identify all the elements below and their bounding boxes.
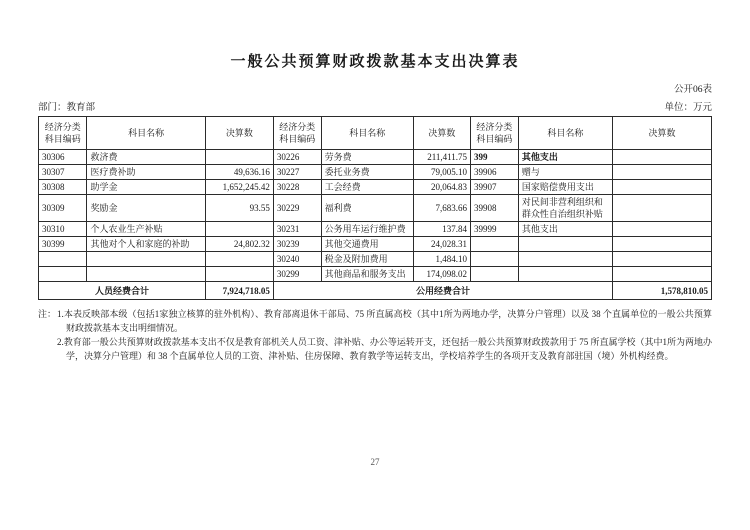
table-row: 30308助学金1,652,245.4230228工会经费20,064.8339… bbox=[39, 180, 712, 195]
table-code-label: 公开06表 bbox=[38, 81, 712, 95]
table-footer: 人员经费合计 7,924,718.05 公用经费合计 1,578,810.05 bbox=[39, 282, 712, 300]
table-row: 30240税金及附加费用1,484.10 bbox=[39, 252, 712, 267]
code-cell: 30240 bbox=[273, 252, 321, 267]
code-cell bbox=[39, 252, 87, 267]
code-cell: 30307 bbox=[39, 165, 87, 180]
code-cell: 30226 bbox=[273, 150, 321, 165]
value-cell bbox=[613, 165, 712, 180]
code-cell bbox=[471, 267, 519, 282]
header-code-1: 经济分类 科目编码 bbox=[39, 117, 87, 150]
code-cell: 30228 bbox=[273, 180, 321, 195]
value-cell: 1,484.10 bbox=[413, 252, 470, 267]
value-cell: 137.84 bbox=[413, 222, 470, 237]
name-cell: 其他支出 bbox=[518, 222, 612, 237]
value-cell: 93.55 bbox=[205, 195, 273, 222]
notes: 注： 1.本表反映部本级（包括1家独立核算的驻外机构）、教育部离退休干部局、75… bbox=[38, 307, 712, 363]
page-title: 一般公共预算财政拨款基本支出决算表 bbox=[38, 50, 712, 71]
public-total-value: 1,578,810.05 bbox=[613, 282, 712, 300]
name-cell: 助学金 bbox=[87, 180, 205, 195]
code-cell: 30239 bbox=[273, 237, 321, 252]
budget-table: 经济分类 科目编码 科目名称 决算数 经济分类 科目编码 科目名称 决算数 经济… bbox=[38, 116, 712, 300]
table-row: 30309奖励金93.5530229福利费7,683.6639908对民间非营利… bbox=[39, 195, 712, 222]
note-item-2: 2.教育部一般公共预算财政拨款基本支出不仅是教育部机关人员工资、津补贴、办公等运… bbox=[57, 335, 712, 363]
code-cell: 30227 bbox=[273, 165, 321, 180]
name-cell: 委托业务费 bbox=[321, 165, 413, 180]
value-cell bbox=[205, 267, 273, 282]
header-value-3: 决算数 bbox=[613, 117, 712, 150]
header-code-line2: 科目编码 bbox=[474, 133, 515, 145]
value-cell: 174,098.02 bbox=[413, 267, 470, 282]
value-cell bbox=[205, 222, 273, 237]
code-cell: 30299 bbox=[273, 267, 321, 282]
value-cell: 1,652,245.42 bbox=[205, 180, 273, 195]
header-code-line1: 经济分类 bbox=[42, 121, 83, 133]
name-cell bbox=[87, 267, 205, 282]
name-cell: 国家赔偿费用支出 bbox=[518, 180, 612, 195]
name-cell: 救济费 bbox=[87, 150, 205, 165]
unit-label: 单位：万元 bbox=[664, 99, 712, 113]
header-name-3: 科目名称 bbox=[518, 117, 612, 150]
personnel-total-value: 7,924,718.05 bbox=[205, 282, 273, 300]
value-cell: 24,028.31 bbox=[413, 237, 470, 252]
name-cell bbox=[518, 252, 612, 267]
header-code-line1: 经济分类 bbox=[474, 121, 515, 133]
name-cell bbox=[518, 267, 612, 282]
header-code-line1: 经济分类 bbox=[277, 121, 318, 133]
table-row: 30299其他商品和服务支出174,098.02 bbox=[39, 267, 712, 282]
code-cell: 39908 bbox=[471, 195, 519, 222]
budget-table-body: 30306救济费30226劳务费211,411.75399其他支出30307医疗… bbox=[39, 150, 712, 282]
value-cell bbox=[613, 180, 712, 195]
code-cell: 399 bbox=[471, 150, 519, 165]
note-item-1: 1.本表反映部本级（包括1家独立核算的驻外机构）、教育部离退休干部局、75 所直… bbox=[57, 307, 712, 335]
name-cell: 劳务费 bbox=[321, 150, 413, 165]
table-header: 经济分类 科目编码 科目名称 决算数 经济分类 科目编码 科目名称 决算数 经济… bbox=[39, 117, 712, 150]
name-cell: 医疗费补助 bbox=[87, 165, 205, 180]
value-cell: 7,683.66 bbox=[413, 195, 470, 222]
name-cell bbox=[518, 237, 612, 252]
name-cell: 福利费 bbox=[321, 195, 413, 222]
table-row: 30306救济费30226劳务费211,411.75399其他支出 bbox=[39, 150, 712, 165]
table-row: 30310个人农业生产补贴30231公务用车运行维护费137.8439999其他… bbox=[39, 222, 712, 237]
value-cell: 211,411.75 bbox=[413, 150, 470, 165]
name-cell: 其他商品和服务支出 bbox=[321, 267, 413, 282]
notes-items: 1.本表反映部本级（包括1家独立核算的驻外机构）、教育部离退休干部局、75 所直… bbox=[57, 307, 712, 363]
code-cell: 30310 bbox=[39, 222, 87, 237]
name-cell: 工会经费 bbox=[321, 180, 413, 195]
header-value-2: 决算数 bbox=[413, 117, 470, 150]
value-cell bbox=[613, 252, 712, 267]
header-row: 经济分类 科目编码 科目名称 决算数 经济分类 科目编码 科目名称 决算数 经济… bbox=[39, 117, 712, 150]
value-cell bbox=[613, 222, 712, 237]
code-cell bbox=[471, 252, 519, 267]
name-cell: 奖励金 bbox=[87, 195, 205, 222]
value-cell bbox=[205, 150, 273, 165]
value-cell bbox=[613, 267, 712, 282]
code-cell: 30309 bbox=[39, 195, 87, 222]
public-total-label: 公用经费合计 bbox=[273, 282, 612, 300]
value-cell: 20,064.83 bbox=[413, 180, 470, 195]
footer-row: 人员经费合计 7,924,718.05 公用经费合计 1,578,810.05 bbox=[39, 282, 712, 300]
code-cell: 30231 bbox=[273, 222, 321, 237]
header-value-1: 决算数 bbox=[205, 117, 273, 150]
code-cell: 39907 bbox=[471, 180, 519, 195]
code-cell: 39999 bbox=[471, 222, 519, 237]
name-cell: 赠与 bbox=[518, 165, 612, 180]
notes-label: 注： bbox=[38, 307, 57, 363]
value-cell bbox=[613, 150, 712, 165]
meta-row: 部门：教育部 单位：万元 bbox=[38, 99, 712, 116]
header-code-3: 经济分类 科目编码 bbox=[471, 117, 519, 150]
name-cell bbox=[87, 252, 205, 267]
value-cell bbox=[205, 252, 273, 267]
code-cell: 30308 bbox=[39, 180, 87, 195]
code-cell: 30306 bbox=[39, 150, 87, 165]
name-cell: 其他交通费用 bbox=[321, 237, 413, 252]
value-cell: 49,636.16 bbox=[205, 165, 273, 180]
code-cell bbox=[39, 267, 87, 282]
header-code-line2: 科目编码 bbox=[277, 133, 318, 145]
name-cell: 公务用车运行维护费 bbox=[321, 222, 413, 237]
code-cell: 30229 bbox=[273, 195, 321, 222]
table-row: 30399其他对个人和家庭的补助24,802.3230239其他交通费用24,0… bbox=[39, 237, 712, 252]
value-cell bbox=[613, 237, 712, 252]
name-cell: 其他对个人和家庭的补助 bbox=[87, 237, 205, 252]
name-cell: 税金及附加费用 bbox=[321, 252, 413, 267]
header-name-2: 科目名称 bbox=[321, 117, 413, 150]
name-cell: 对民间非营利组织和群众性自治组织补贴 bbox=[518, 195, 612, 222]
header-code-2: 经济分类 科目编码 bbox=[273, 117, 321, 150]
header-name-1: 科目名称 bbox=[87, 117, 205, 150]
page-number: 27 bbox=[0, 457, 750, 467]
name-cell: 其他支出 bbox=[518, 150, 612, 165]
document-page: 一般公共预算财政拨款基本支出决算表 公开06表 部门：教育部 单位：万元 经济分… bbox=[0, 0, 750, 530]
code-cell: 30399 bbox=[39, 237, 87, 252]
value-cell: 79,005.10 bbox=[413, 165, 470, 180]
code-cell: 39906 bbox=[471, 165, 519, 180]
value-cell: 24,802.32 bbox=[205, 237, 273, 252]
header-code-line2: 科目编码 bbox=[42, 133, 83, 145]
code-cell bbox=[471, 237, 519, 252]
table-row: 30307医疗费补助49,636.1630227委托业务费79,005.1039… bbox=[39, 165, 712, 180]
personnel-total-label: 人员经费合计 bbox=[39, 282, 206, 300]
name-cell: 个人农业生产补贴 bbox=[87, 222, 205, 237]
department-label: 部门：教育部 bbox=[38, 99, 95, 113]
value-cell bbox=[613, 195, 712, 222]
